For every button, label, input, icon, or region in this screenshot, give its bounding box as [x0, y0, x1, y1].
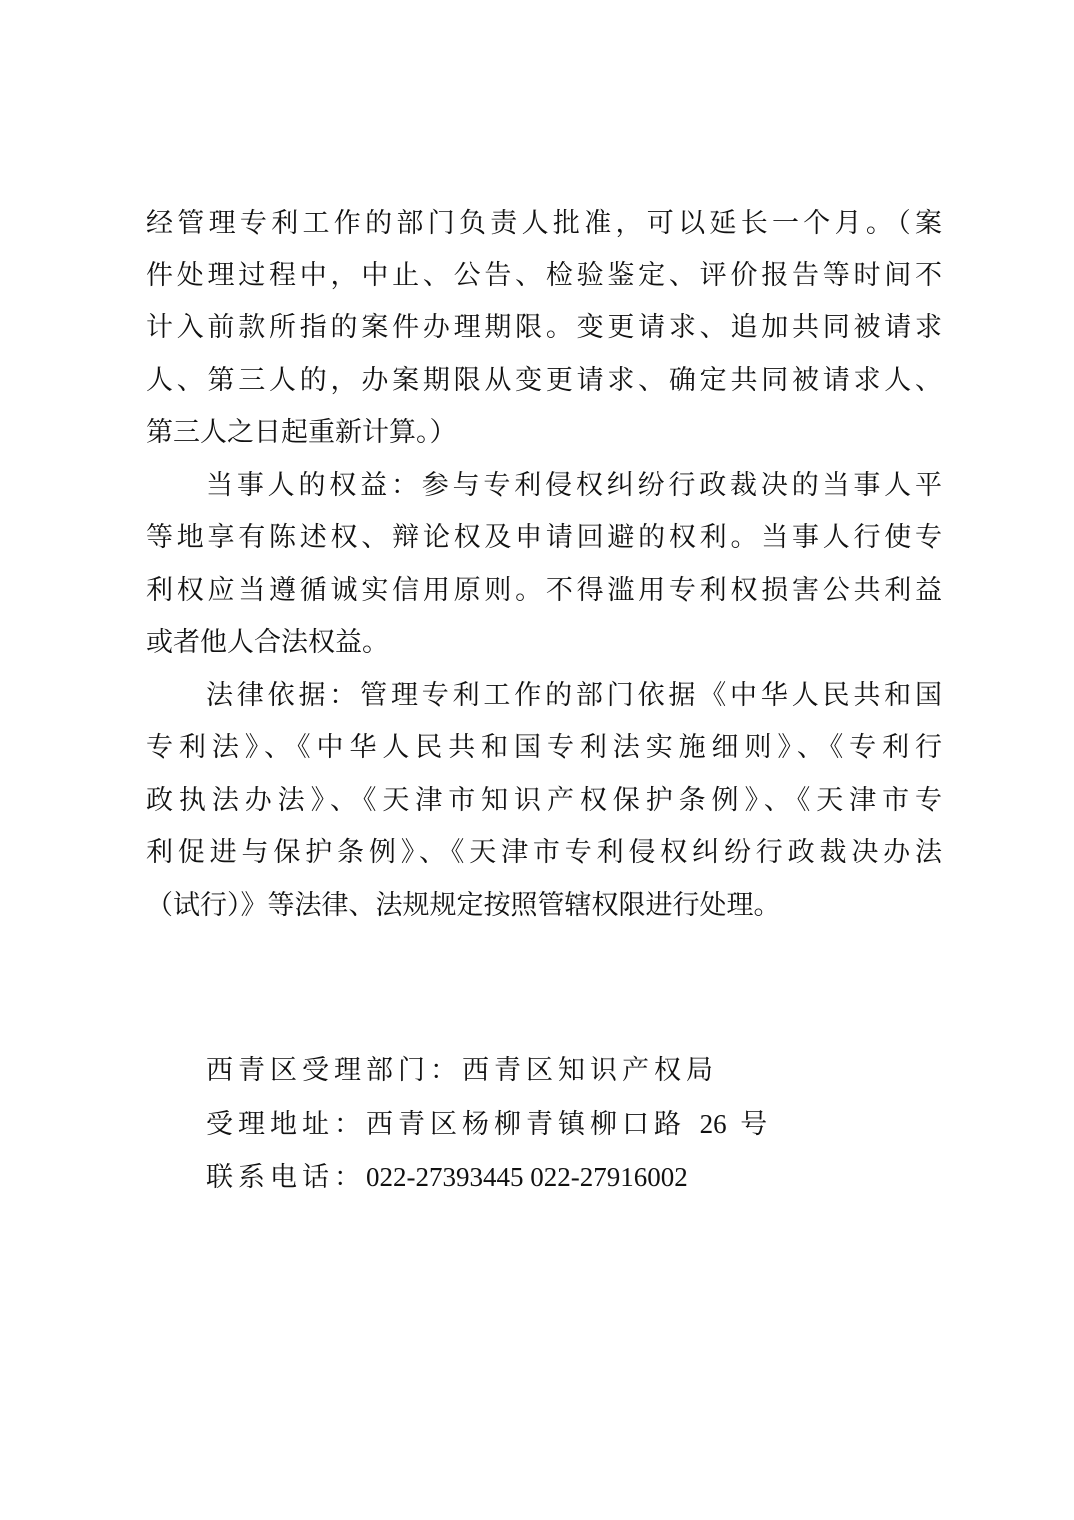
paragraph-line: 利权应当遵循诚实信用原则。不得滥用专利权损害公共利益 — [146, 571, 942, 611]
contact-department-value: 西青区知识产权局 — [462, 1055, 718, 1086]
document-page: 经管理专利工作的部门负责人批准，可以延长一个月。（案 件处理过程中，中止、公告、… — [0, 0, 1074, 1520]
paragraph-line: 当事人的权益：参与专利侵权纠纷行政裁决的当事人平 — [206, 466, 942, 506]
paragraph-line: （试行）》等法律、法规规定按照管辖权限进行处理。 — [146, 886, 942, 926]
contact-address: 受理地址：西青区杨柳青镇柳口路 26 号 — [206, 1104, 772, 1145]
contact-department-label: 西青区受理部门： — [206, 1055, 462, 1086]
paragraph-line: 经管理专利工作的部门负责人批准，可以延长一个月。（案 — [146, 204, 942, 244]
paragraph-line: 等地享有陈述权、辩论权及申请回避的权利。当事人行使专 — [146, 518, 942, 558]
paragraph-line: 法律依据：管理专利工作的部门依据《中华人民共和国 — [206, 676, 942, 716]
paragraph-line: 政执法办法》、《天津市知识产权保护条例》、《天津市专 — [146, 781, 942, 821]
paragraph-line: 利促进与保护条例》、《天津市专利侵权纠纷行政裁决办法 — [146, 833, 942, 873]
contact-address-number: 26 — [700, 1109, 727, 1139]
paragraph-line: 件处理过程中，中止、公告、检验鉴定、评价报告等时间不 — [146, 256, 942, 296]
paragraph-line: 第三人之日起重新计算。） — [146, 413, 942, 453]
contact-address-suffix: 号 — [740, 1109, 772, 1140]
paragraph-line: 计入前款所指的案件办理期限。变更请求、追加共同被请求 — [146, 308, 942, 348]
paragraph-line: 或者他人合法权益。 — [146, 623, 942, 663]
contact-phone: 联系电话：022-27393445 022-27916002 — [206, 1157, 688, 1198]
contact-phone-label: 联系电话： — [206, 1162, 366, 1193]
contact-address-label: 受理地址： — [206, 1109, 366, 1140]
paragraph-line: 人、第三人的，办案期限从变更请求、确定共同被请求人、 — [146, 361, 942, 401]
contact-phone-values: 022-27393445 022-27916002 — [366, 1162, 688, 1192]
paragraph-line: 专利法》、《中华人民共和国专利法实施细则》、《专利行 — [146, 728, 942, 768]
contact-address-value: 西青区杨柳青镇柳口路 — [366, 1109, 686, 1140]
contact-department: 西青区受理部门：西青区知识产权局 — [206, 1051, 718, 1091]
